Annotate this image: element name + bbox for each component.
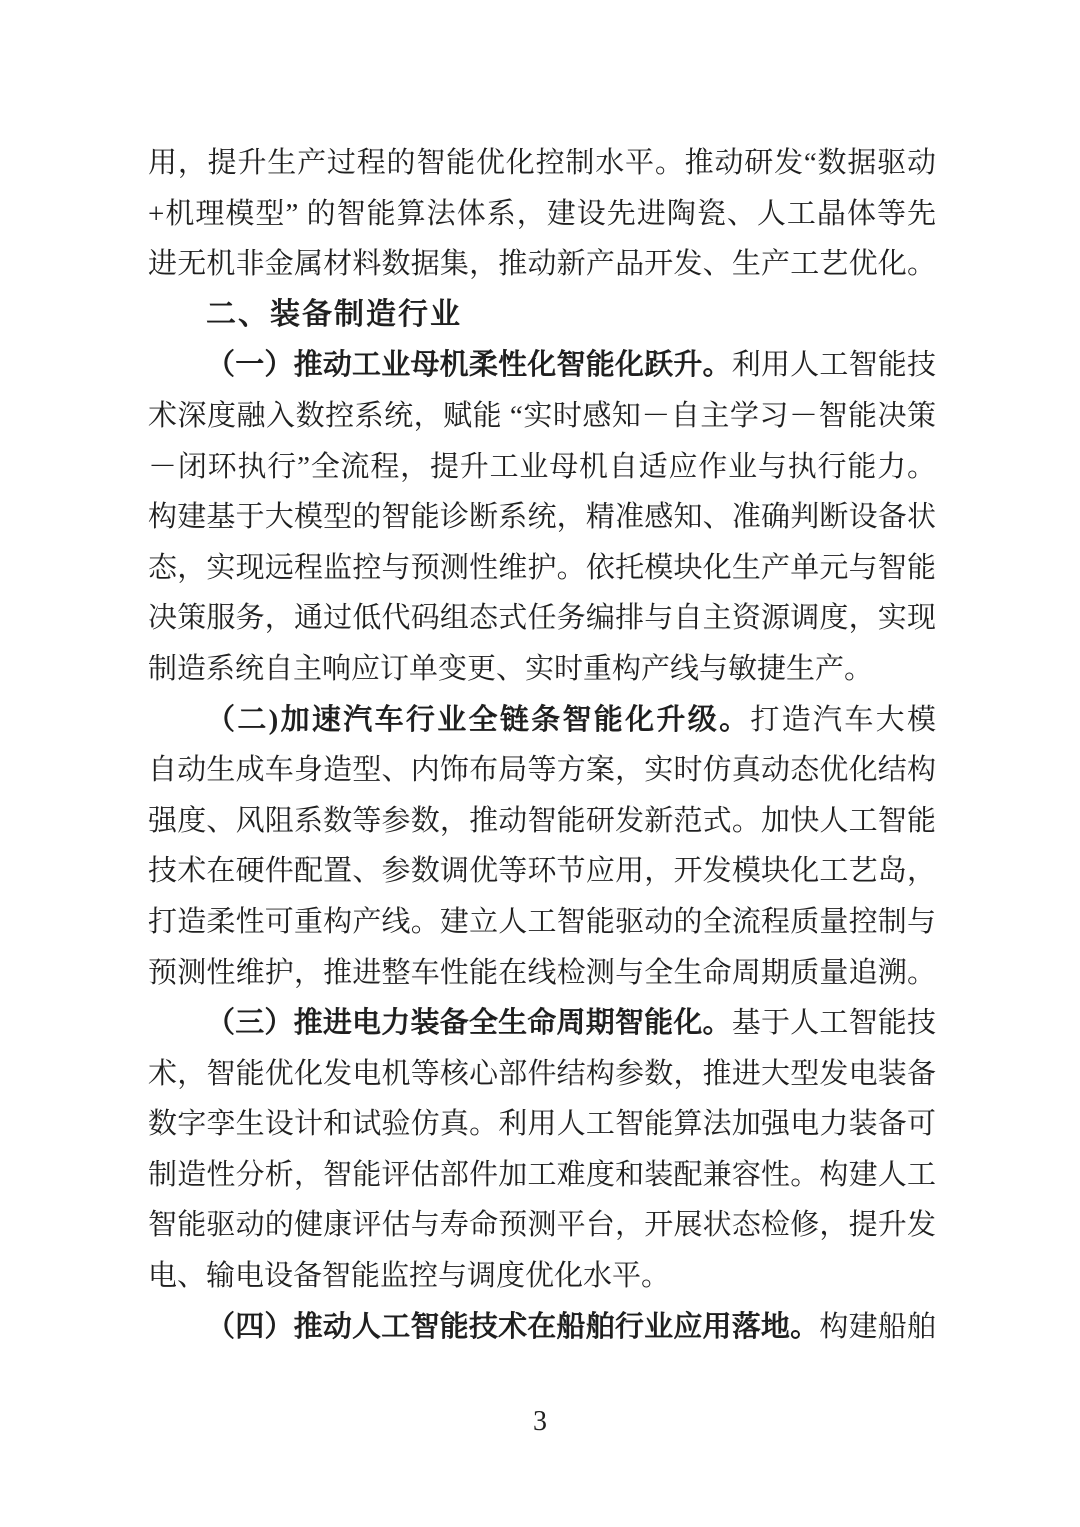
text-line: 进无机非金属材料数据集，推动新产品开发、生产工艺优化。 bbox=[148, 239, 936, 290]
text-line: 制造性分析，智能评估部件加工难度和装配兼容性。构建人工 bbox=[148, 1150, 936, 1201]
bold-text-segment: （四）推动人工智能技术在船舶行业应用落地。 bbox=[206, 1311, 819, 1343]
text-line: 电、输电设备智能监控与调度优化水平。 bbox=[148, 1251, 936, 1302]
text-segment: 基于人工智能技 bbox=[732, 1007, 936, 1039]
text-line: （三）推进电力装备全生命周期智能化。基于人工智能技 bbox=[148, 998, 936, 1049]
text-segment: 技术在硬件配置、参数调优等环节应用，开发模块化工艺岛， bbox=[148, 855, 936, 887]
text-line: 用，提升生产过程的智能优化控制水平。推动研发“数据驱动 bbox=[148, 138, 936, 189]
bold-text-segment: （一）推动工业母机柔性化智能化跃升。 bbox=[206, 349, 732, 381]
text-segment: 制造性分析，智能评估部件加工难度和装配兼容性。构建人工 bbox=[148, 1159, 936, 1191]
text-line: 数字孪生设计和试验仿真。利用人工智能算法加强电力装备可 bbox=[148, 1099, 936, 1150]
text-segment: 决策服务，通过低代码组态式任务编排与自主资源调度，实现 bbox=[148, 602, 936, 634]
text-line: （四）推动人工智能技术在船舶行业应用落地。构建船舶 bbox=[148, 1302, 936, 1353]
document-page: 用，提升生产过程的智能优化控制水平。推动研发“数据驱动+机理模型” 的智能算法体… bbox=[0, 0, 1080, 1527]
text-segment: 强度、风阻系数等参数，推动智能研发新范式。加快人工智能 bbox=[148, 805, 936, 837]
text-segment: －闭环执行”全流程，提升工业母机自适应作业与执行能力。 bbox=[148, 451, 936, 483]
text-segment: +机理模型” 的智能算法体系，建设先进陶瓷、人工晶体等先 bbox=[148, 198, 936, 230]
text-line: 打造柔性可重构产线。建立人工智能驱动的全流程质量控制与 bbox=[148, 897, 936, 948]
text-line: 智能驱动的健康评估与寿命预测平台，开展状态检修，提升发 bbox=[148, 1200, 936, 1251]
text-line: 自动生成车身造型、内饰布局等方案，实时仿真动态优化结构 bbox=[148, 745, 936, 796]
text-segment: 术深度融入数控系统，赋能 “实时感知－自主学习－智能决策 bbox=[148, 400, 936, 432]
bold-text-segment: （二)加速汽车行业全链条智能化升级。 bbox=[206, 704, 750, 736]
text-block: 用，提升生产过程的智能优化控制水平。推动研发“数据驱动+机理模型” 的智能算法体… bbox=[148, 138, 936, 1352]
text-line: 构建基于大模型的智能诊断系统，精准感知、准确判断设备状 bbox=[148, 492, 936, 543]
text-line: 决策服务，通过低代码组态式任务编排与自主资源调度，实现 bbox=[148, 593, 936, 644]
text-segment: 术，智能优化发电机等核心部件结构参数，推进大型发电装备 bbox=[148, 1058, 936, 1090]
text-segment: 智能驱动的健康评估与寿命预测平台，开展状态检修，提升发 bbox=[148, 1209, 936, 1241]
text-segment: 数字孪生设计和试验仿真。利用人工智能算法加强电力装备可 bbox=[148, 1108, 936, 1140]
text-line: 预测性维护，推进整车性能在线检测与全生命周期质量追溯。 bbox=[148, 948, 936, 999]
text-line: （二)加速汽车行业全链条智能化升级。打造汽车大模型， bbox=[148, 695, 936, 746]
text-segment: 预测性维护，推进整车性能在线检测与全生命周期质量追溯。 bbox=[148, 957, 936, 989]
text-line: －闭环执行”全流程，提升工业母机自适应作业与执行能力。 bbox=[148, 442, 936, 493]
text-segment: 制造系统自主响应订单变更、实时重构产线与敏捷生产。 bbox=[148, 653, 873, 685]
page-number: 3 bbox=[0, 1402, 1080, 1442]
text-line: +机理模型” 的智能算法体系，建设先进陶瓷、人工晶体等先 bbox=[148, 189, 936, 240]
text-segment: 电、输电设备智能监控与调度优化水平。 bbox=[148, 1260, 670, 1292]
text-segment: 构建基于大模型的智能诊断系统，精准感知、准确判断设备状 bbox=[148, 501, 936, 533]
text-line: 术，智能优化发电机等核心部件结构参数，推进大型发电装备 bbox=[148, 1049, 936, 1100]
bold-text-segment: 二、装备制造行业 bbox=[206, 298, 462, 331]
text-segment: 用，提升生产过程的智能优化控制水平。推动研发“数据驱动 bbox=[148, 147, 936, 179]
text-line: 制造系统自主响应订单变更、实时重构产线与敏捷生产。 bbox=[148, 644, 936, 695]
text-segment: 利用人工智能技 bbox=[732, 349, 936, 381]
text-line: 术深度融入数控系统，赋能 “实时感知－自主学习－智能决策 bbox=[148, 391, 936, 442]
text-line: 技术在硬件配置、参数调优等环节应用，开发模块化工艺岛， bbox=[148, 846, 936, 897]
text-line: 态，实现远程监控与预测性维护。依托模块化生产单元与智能 bbox=[148, 543, 936, 594]
text-segment: 进无机非金属材料数据集，推动新产品开发、生产工艺优化。 bbox=[148, 248, 936, 280]
text-segment: 态，实现远程监控与预测性维护。依托模块化生产单元与智能 bbox=[148, 552, 936, 584]
section-heading: 二、装备制造行业 bbox=[148, 290, 936, 341]
text-segment: 打造柔性可重构产线。建立人工智能驱动的全流程质量控制与 bbox=[148, 906, 936, 938]
text-line: （一）推动工业母机柔性化智能化跃升。利用人工智能技 bbox=[148, 340, 936, 391]
text-segment: 构建船舶 bbox=[819, 1311, 936, 1343]
text-line: 强度、风阻系数等参数，推动智能研发新范式。加快人工智能 bbox=[148, 796, 936, 847]
text-segment: 自动生成车身造型、内饰布局等方案，实时仿真动态优化结构 bbox=[148, 754, 936, 786]
bold-text-segment: （三）推进电力装备全生命周期智能化。 bbox=[206, 1007, 732, 1039]
